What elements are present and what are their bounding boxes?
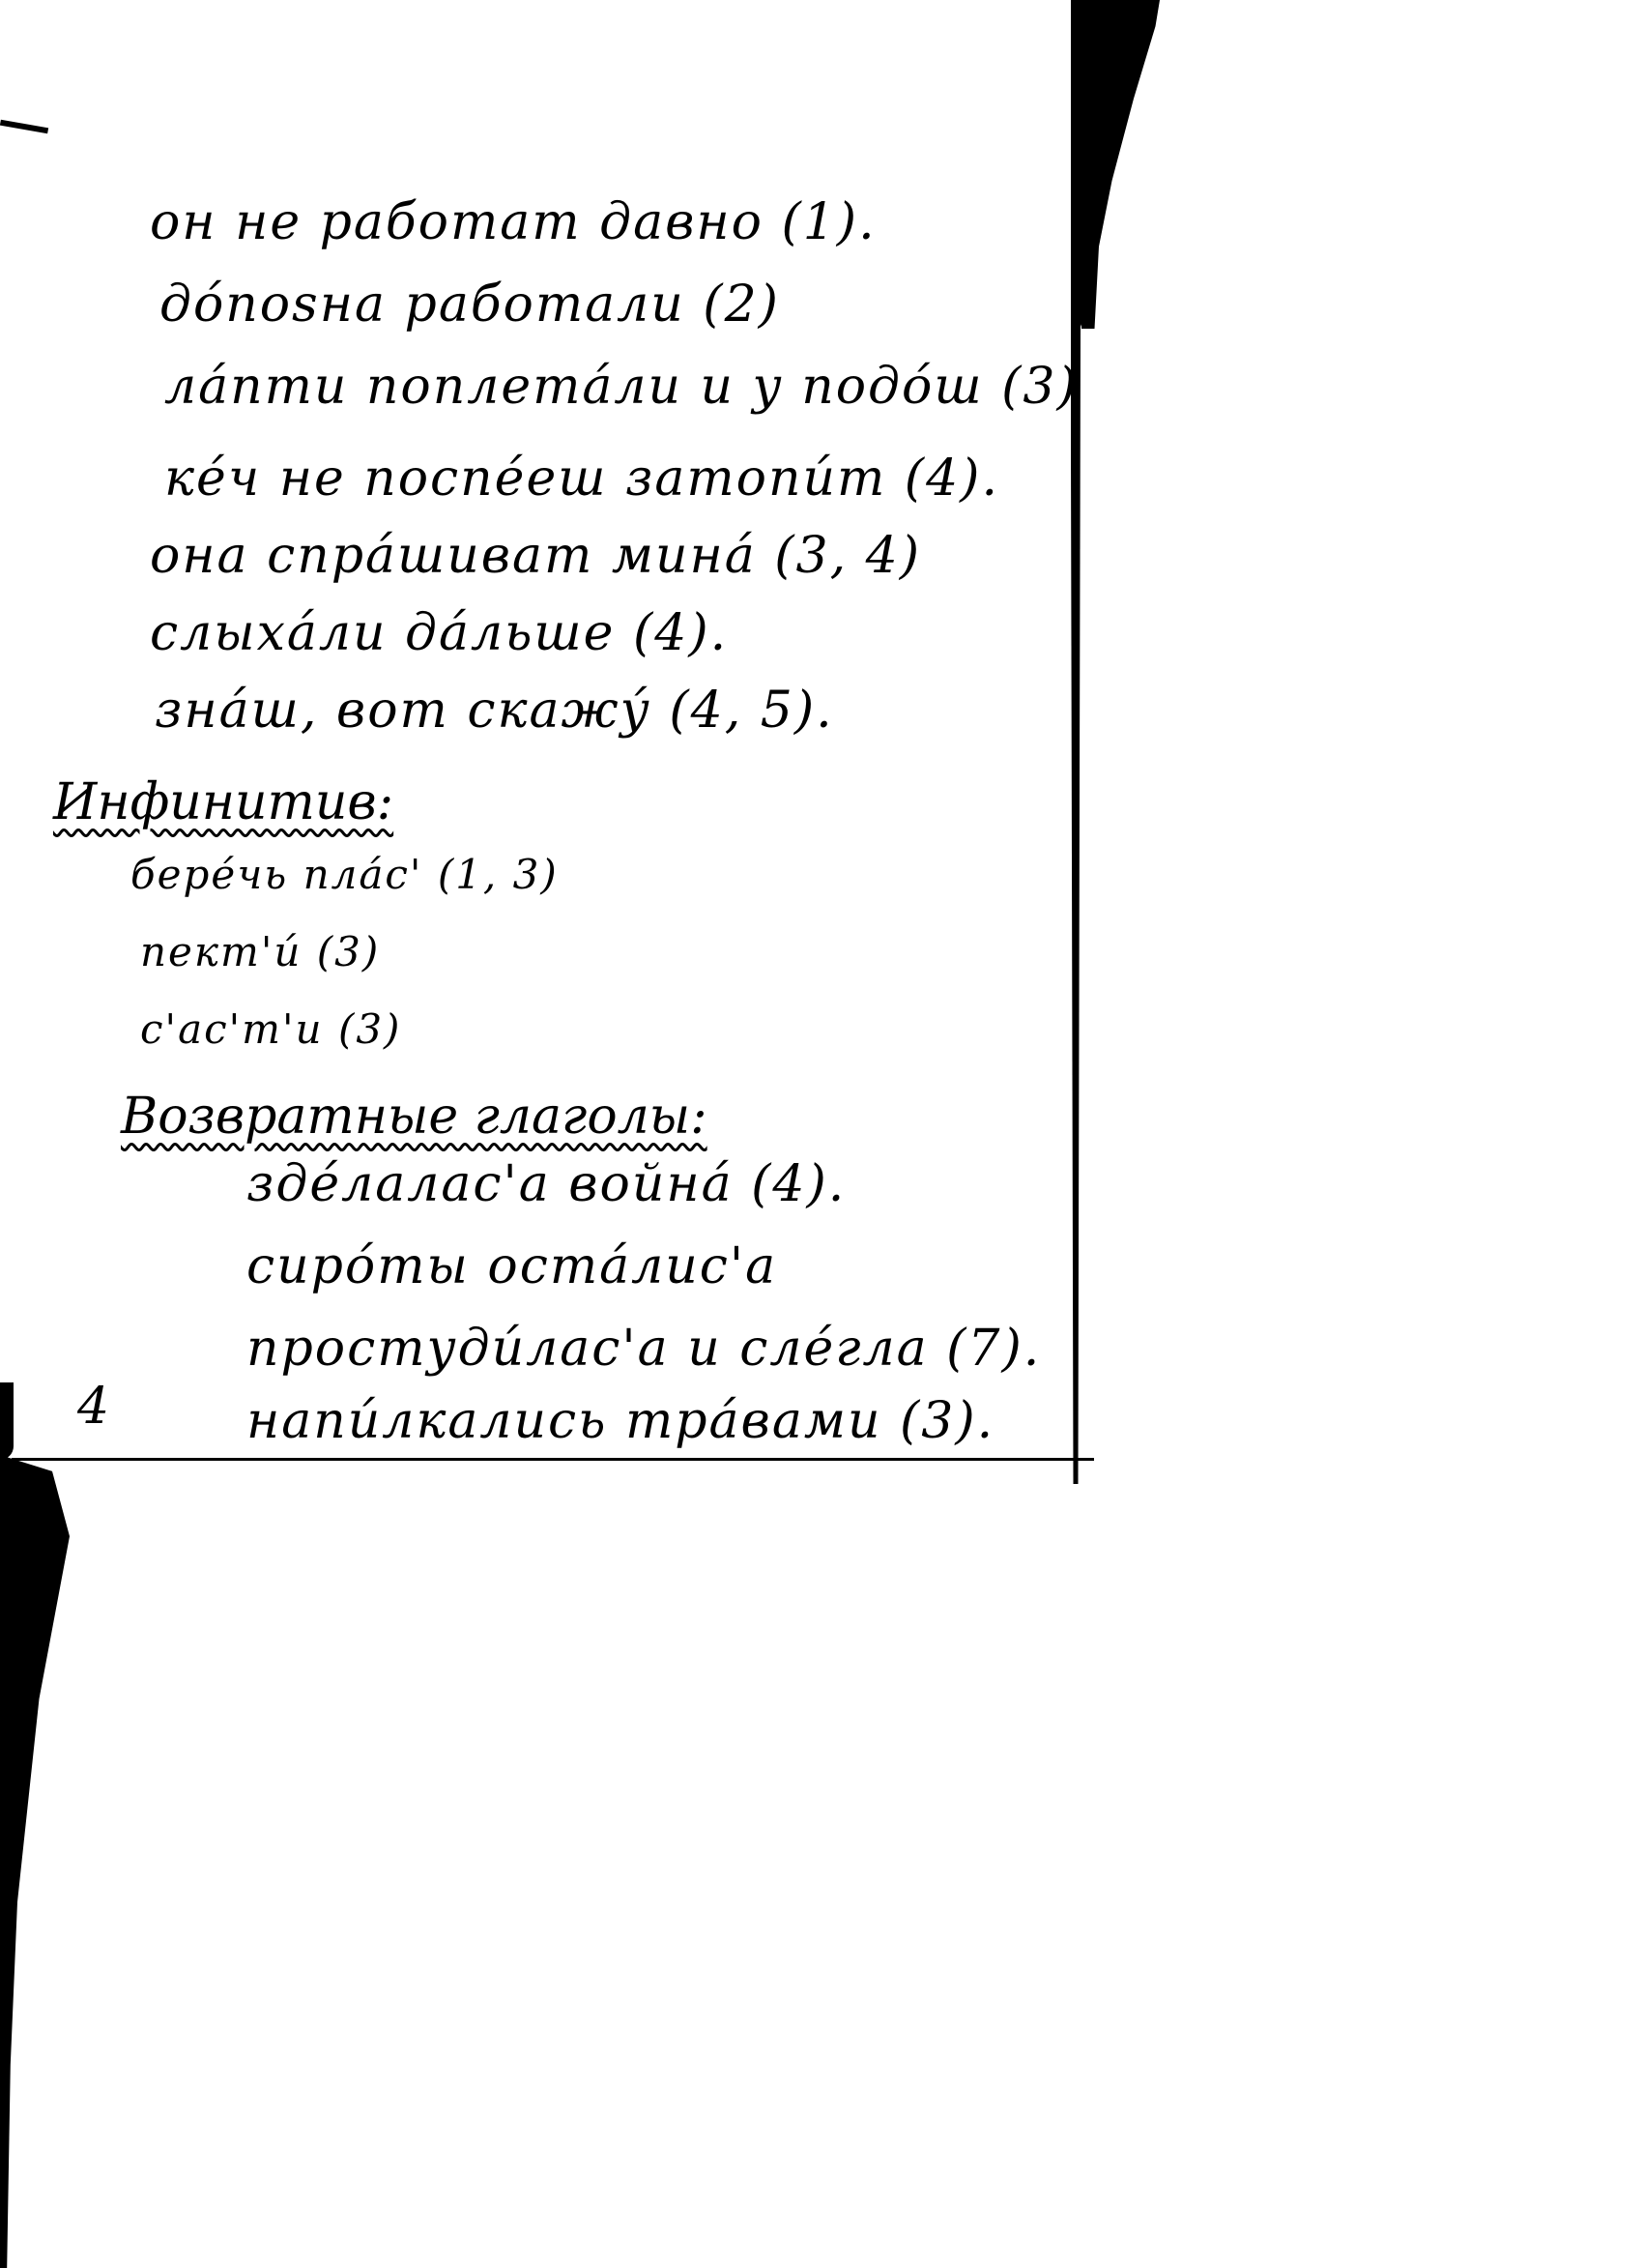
note-line: до́поѕна работали (2) xyxy=(159,276,780,334)
note-line: зде́лалас'а война́ (4). xyxy=(246,1155,846,1213)
page-corner xyxy=(0,1382,14,1460)
note-line: она спра́шиват мина́ (3, 4) xyxy=(150,527,921,585)
scan-shadow xyxy=(0,1455,87,2268)
note-line: бере́чь пла́с' (1, 3) xyxy=(130,851,559,898)
note-line: ке́ч не поспе́еш затопи́т (4). xyxy=(164,450,999,508)
scan-mark xyxy=(0,120,48,134)
margin-number: 4 xyxy=(77,1378,109,1436)
note-line: пект'и́ (3) xyxy=(140,928,380,975)
note-line: с'ас'т'и (3) xyxy=(140,1005,401,1053)
scan-shadow xyxy=(1071,0,1119,1484)
note-line: простуди́лас'а и сле́гла (7). xyxy=(246,1320,1041,1378)
note-line: напи́лкались тра́вами (3). xyxy=(246,1392,994,1450)
note-line: зна́ш, вот скажу́ (4, 5). xyxy=(155,682,834,740)
note-line: слыха́ли да́льше (4). xyxy=(150,604,728,662)
section-heading-infinitive: Инфинитив: xyxy=(53,773,393,831)
note-line: он не работат давно (1). xyxy=(150,193,877,251)
note-line: сиро́ты оста́лис'а xyxy=(246,1237,777,1295)
note-line: ла́пти поплета́ли и у подо́ш (3) xyxy=(164,358,1079,416)
page-edge xyxy=(12,1458,1094,1461)
section-heading-reflexive-verbs: Возвратные глаголы: xyxy=(121,1088,707,1146)
